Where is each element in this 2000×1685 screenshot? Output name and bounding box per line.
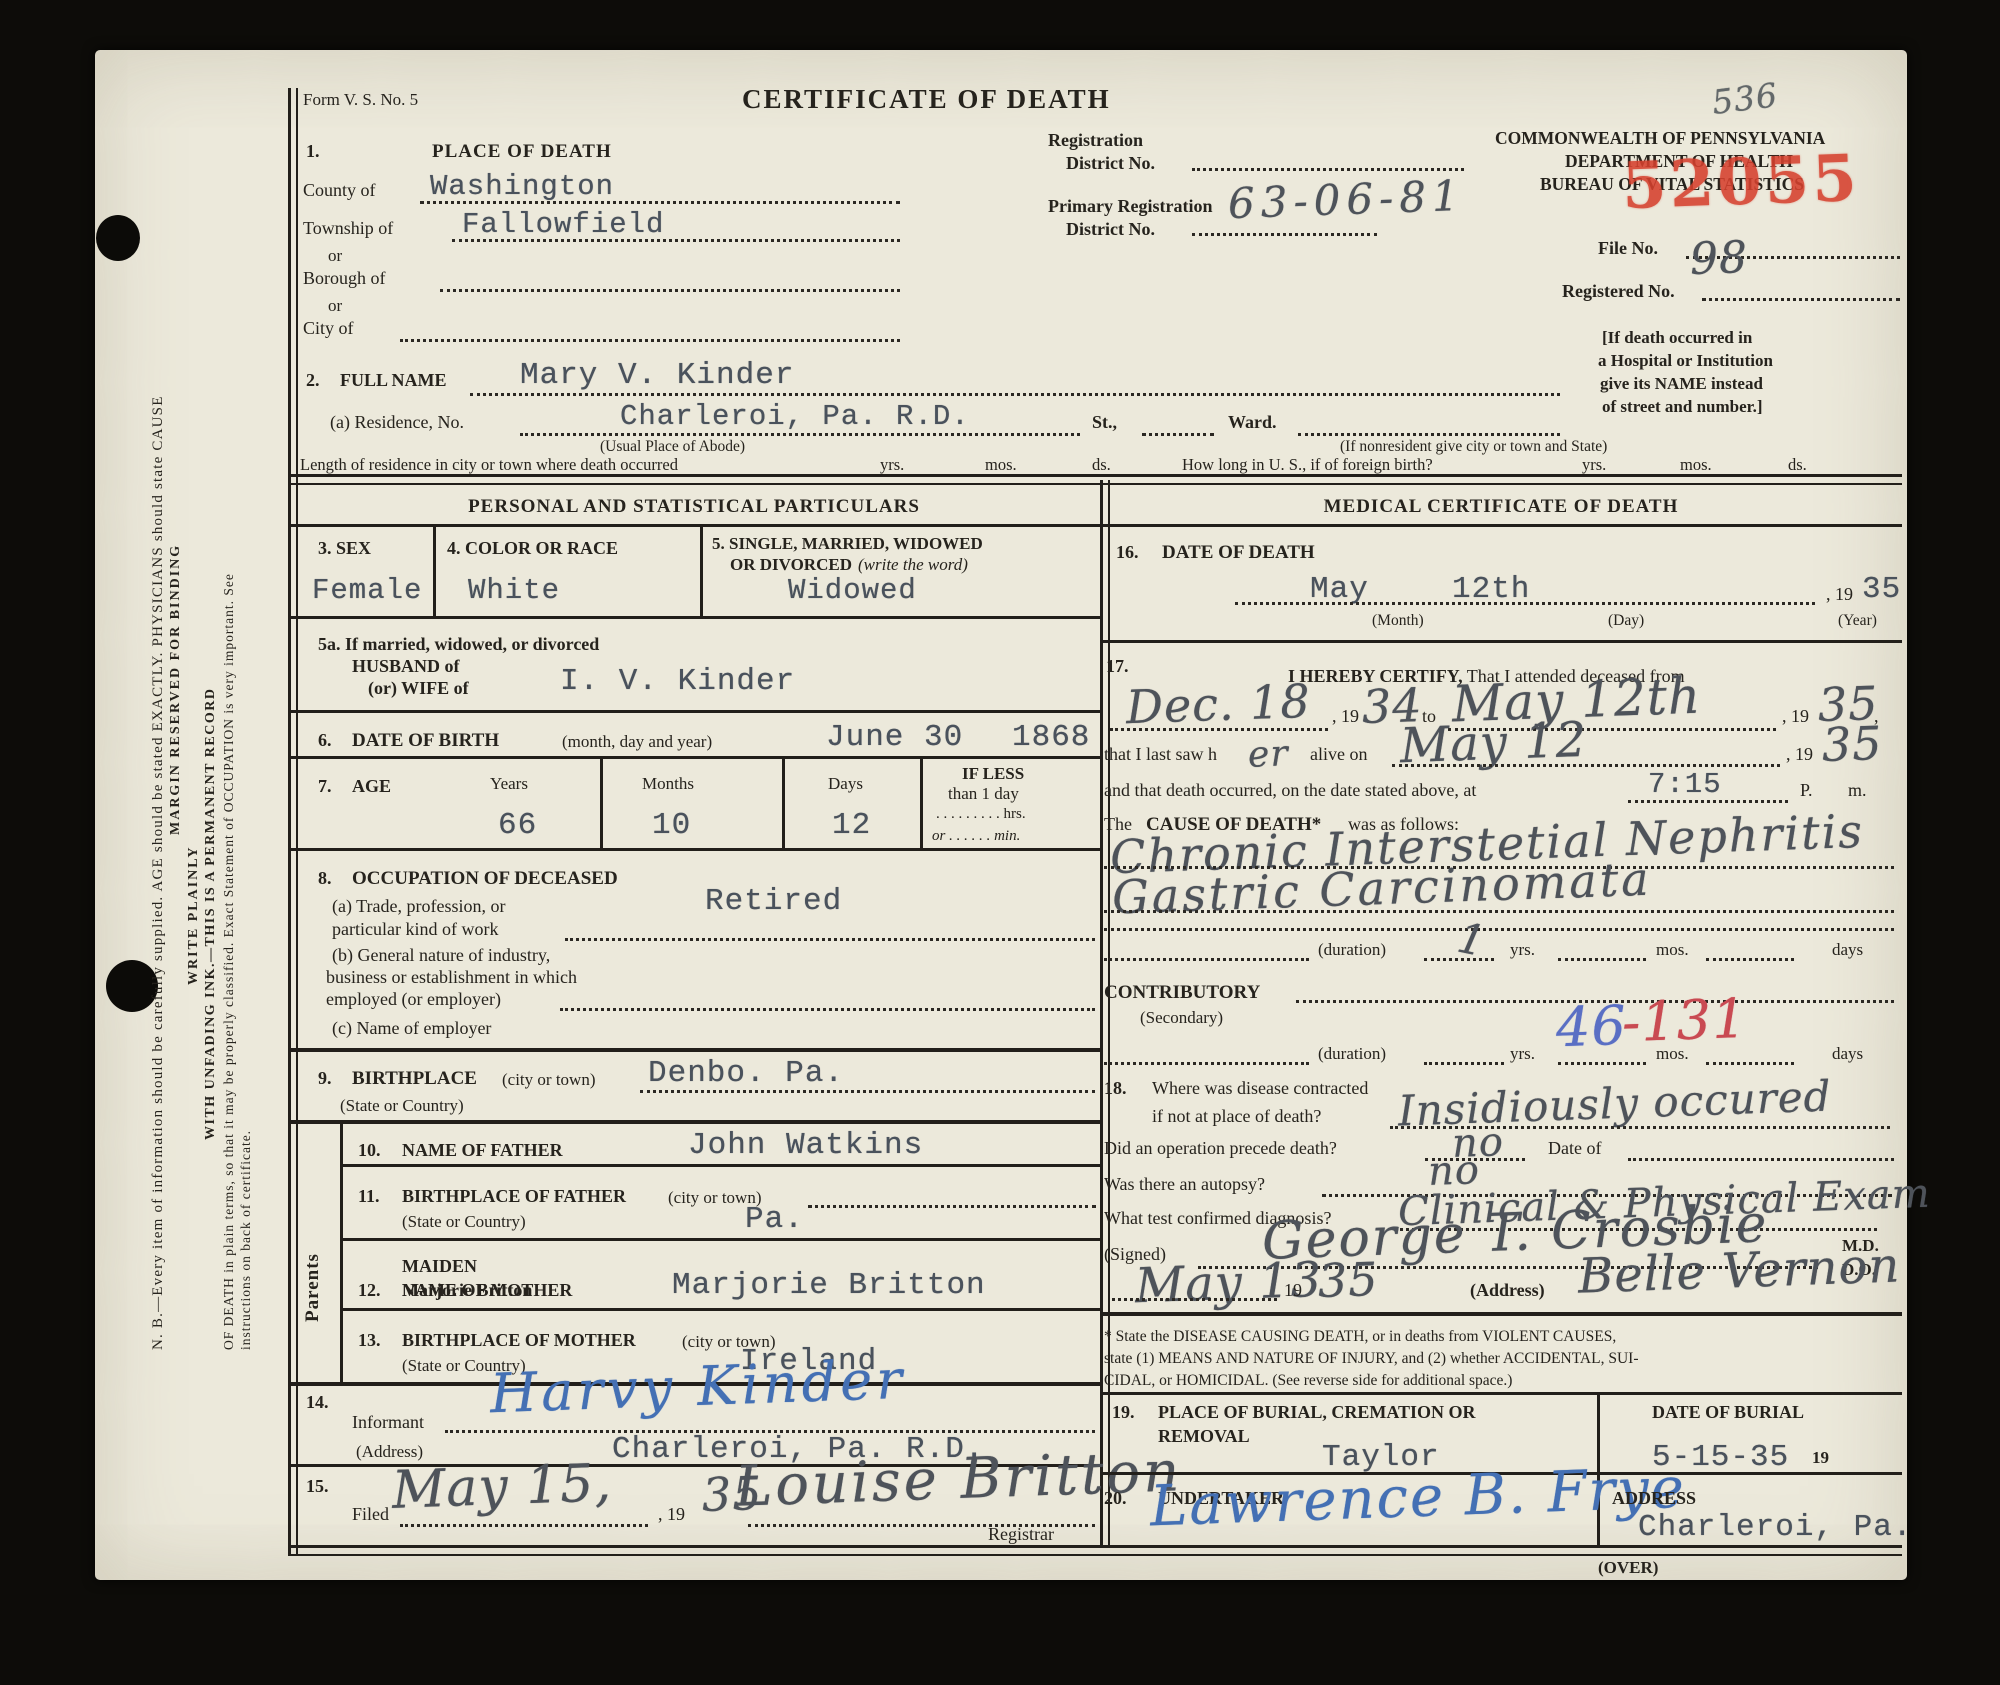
medical-section-title: MEDICAL CERTIFICATE OF DEATH — [1100, 496, 1902, 518]
m other-bp-label: BIRTHPLACE OF MOTHER — [402, 1330, 636, 1351]
dob-label: DATE OF BIRTH — [352, 730, 499, 752]
duration2-dots-d — [1706, 1062, 1794, 1065]
birthplace-number: 9. — [318, 1068, 332, 1089]
age-bottom-rule — [288, 848, 1100, 851]
form-left-border — [288, 88, 298, 1556]
dob-year-value: 1868 — [1012, 720, 1090, 756]
township-label: Township of — [303, 218, 393, 239]
dob-month-day-value: June 30 — [826, 720, 963, 756]
death-time-value: 7:15 — [1648, 768, 1722, 801]
mother-bottom-rule — [340, 1308, 1100, 1311]
occupation-value: Retired — [705, 884, 842, 920]
registrar-label: Registrar — [988, 1524, 1054, 1545]
file-no-label: File No. — [1598, 238, 1658, 259]
age-years-value: 66 — [498, 808, 537, 844]
marital-label-line1: 5. SINGLE, MARRIED, WIDOWED — [712, 534, 983, 554]
full-name-number: 2. — [306, 370, 320, 391]
dod-bottom-rule — [1100, 640, 1902, 643]
occupation-number: 8. — [318, 868, 332, 889]
occupation-b-line2: business or establishment in which — [326, 967, 577, 988]
cause-extra-dots — [1104, 928, 1894, 931]
years-months-divider — [600, 756, 603, 848]
dod-year-caption: (Year) — [1838, 612, 1877, 630]
lastsaw-year-script: 35 — [1821, 717, 1883, 772]
dod-label: DATE OF DEATH — [1162, 542, 1315, 564]
duration2-days-label: days — [1832, 1044, 1863, 1064]
duration1-dots-c — [1558, 958, 1646, 961]
occupation-label: OCCUPATION OF DECEASED — [352, 868, 618, 890]
pm-p-printed: P. — [1800, 780, 1813, 801]
age-label: AGE — [352, 776, 391, 797]
dod-month-caption: (Month) — [1372, 612, 1424, 630]
age-years-label: Years — [490, 774, 528, 794]
registration-label: Registration — [1048, 130, 1143, 151]
ward-dots — [1298, 433, 1560, 436]
residence-value: Charleroi, Pa. R.D. — [620, 400, 970, 433]
duration2-mos-label: mos. — [1656, 1044, 1689, 1064]
filed-date-script: May 15, — [391, 1454, 613, 1521]
primary-district-value: 63-06-81 — [1227, 172, 1465, 229]
burial-label-line2: REMOVAL — [1158, 1426, 1250, 1447]
hospital-note-line3: give its NAME instead — [1600, 374, 1763, 394]
lastsaw-suffix: alive on — [1310, 744, 1367, 765]
registered-no-dots — [1702, 298, 1900, 301]
footnote-line3: CIDAL, or HOMICIDAL. (See reverse side f… — [1104, 1372, 1512, 1390]
informant-label: Informant — [352, 1412, 424, 1433]
county-label: County of — [303, 180, 376, 201]
secondary-label: (Secondary) — [1140, 1008, 1223, 1028]
place-of-death-number: 1. — [306, 141, 320, 162]
dod-19-printed: , 19 — [1826, 584, 1853, 605]
cause-line2-dots — [1104, 910, 1894, 913]
hospital-note-line1: [If death occurred in — [1602, 328, 1752, 348]
certificate-title: CERTIFICATE OF DEATH — [742, 84, 1111, 115]
undertaker-number: 20. — [1104, 1488, 1127, 1509]
hospital-note-line2: a Hospital or Institution — [1598, 351, 1773, 371]
age-months-value: 10 — [652, 808, 691, 844]
sign-year-script: 35 — [1317, 1253, 1379, 1308]
burial-date-label: DATE OF BURIAL — [1652, 1402, 1804, 1423]
spouse-value: I. V. Kinder — [560, 664, 795, 700]
father-bp-sublabel2: (State or Country) — [402, 1212, 526, 1232]
residence-dots — [520, 433, 1080, 436]
primary-district-dots — [1192, 233, 1377, 236]
nonresident-note: (If nonresident give city or town and St… — [1340, 438, 1607, 456]
full-name-label: FULL NAME — [340, 370, 447, 391]
hospital-note-line4: of street and number.] — [1602, 397, 1763, 417]
spouse-bottom-rule — [288, 710, 1100, 713]
lastsaw-dots — [1392, 764, 1780, 767]
informant-address-label: (Address) — [356, 1442, 423, 1462]
race-label: 4. COLOR OR RACE — [447, 538, 618, 559]
lastsaw-19-printed: , 19 — [1786, 744, 1813, 765]
city-dots — [400, 339, 900, 342]
death-time-dots — [1628, 800, 1788, 803]
sex-box-bottom-rule — [288, 616, 1100, 619]
over-label: (OVER) — [1598, 1558, 1658, 1578]
margin-note-of-death: OF DEATH in plain terms, so that it may … — [221, 573, 237, 1350]
pencil-number: 536 — [1710, 76, 1780, 122]
contributory-label: CONTRIBUTORY — [1104, 982, 1260, 1004]
dod-number: 16. — [1116, 542, 1139, 563]
ifless-box-divider — [920, 756, 923, 848]
township-value: Fallowfield — [462, 208, 664, 241]
father-label: NAME OF FATHER — [402, 1140, 563, 1161]
spouse-label-line3: (or) WIFE of — [368, 678, 469, 699]
dob-number: 6. — [318, 730, 332, 751]
length-residence-label: Length of residence in city or town wher… — [300, 456, 678, 475]
margin-note-instructions: instructions on back of certificate. — [238, 1130, 254, 1350]
father-number: 10. — [358, 1140, 381, 1161]
age-number: 7. — [318, 776, 332, 797]
occupation-a-line1: (a) Trade, profession, or — [332, 896, 505, 917]
howlong-yrs-label: yrs. — [1582, 456, 1606, 475]
age-months-label: Months — [642, 774, 694, 794]
ifless-line2: than 1 day — [948, 784, 1019, 804]
occupation-b-dots — [560, 1008, 1095, 1011]
county-dots — [420, 201, 900, 204]
duration2-dots-b — [1424, 1062, 1504, 1065]
months-days-divider — [782, 756, 785, 848]
birthplace-label: BIRTHPLACE — [352, 1068, 477, 1090]
autopsy-question: Was there an autopsy? — [1104, 1174, 1265, 1195]
sex-label: 3. SEX — [318, 538, 371, 559]
parents-side-label: Parents — [302, 1253, 324, 1322]
burial-box-top-rule — [1100, 1392, 1902, 1395]
residence-label: (a) Residence, No. — [330, 412, 464, 433]
q17-number: 17. — [1106, 656, 1129, 677]
registration-district-dots — [1192, 168, 1464, 171]
length-mos-label: mos. — [985, 456, 1017, 475]
filed-dots-left — [400, 1524, 648, 1527]
duration2-dots-c — [1558, 1062, 1646, 1065]
or-label-1: or — [328, 246, 342, 266]
attended-from-date-script: Dec. 18 — [1125, 675, 1311, 734]
filed-number: 15. — [306, 1476, 329, 1497]
contributory-code-blue: 46 — [1555, 995, 1628, 1060]
age-days-label: Days — [828, 774, 863, 794]
mother-value: Marjorie Britton — [672, 1268, 986, 1304]
bottom-border — [288, 1545, 1902, 1556]
form-number-label: Form V. S. No. 5 — [303, 90, 418, 110]
dob-sublabel: (month, day and year) — [562, 732, 712, 752]
race-value: White — [468, 574, 560, 607]
occupation-a-dots — [565, 938, 1095, 941]
undertaker-address-value: Charleroi, Pa. — [1638, 1510, 1912, 1546]
footnote-line1: * State the DISEASE CAUSING DEATH, or in… — [1104, 1328, 1616, 1346]
lastsaw-her-script: er — [1247, 733, 1289, 776]
duration1-yrs-label: yrs. — [1510, 940, 1535, 960]
marital-label-line3: (write the word) — [858, 555, 968, 575]
sex-box-top-rule — [288, 524, 1100, 527]
burial-number: 19. — [1112, 1402, 1135, 1423]
registration-district-label: District No. — [1066, 153, 1155, 174]
duration1-dots-a — [1104, 958, 1309, 961]
sex-race-divider — [433, 524, 436, 616]
father-value: John Watkins — [688, 1128, 923, 1164]
to-19-printed: , 19 — [1782, 706, 1809, 727]
mother-number: 12. — [358, 1280, 381, 1301]
street-label: St., — [1092, 412, 1117, 433]
howlong-ds-label: ds. — [1788, 456, 1807, 475]
father-bp-label: BIRTHPLACE OF FATHER — [402, 1186, 626, 1207]
operation-dateof-dots — [1628, 1158, 1894, 1161]
death-certificate-scan: N. B.—Every item of information should b… — [0, 0, 2000, 1685]
margin-note-nb: N. B.—Every item of information should b… — [150, 395, 167, 1350]
q18-number: 18. — [1104, 1078, 1127, 1099]
birthplace-sublabel1: (city or town) — [502, 1070, 595, 1090]
registered-no-value: 98 — [1689, 233, 1749, 286]
race-marital-divider — [700, 524, 703, 616]
primary-registration-label: Primary Registration — [1048, 196, 1212, 217]
dob-bottom-rule — [288, 756, 1100, 759]
city-label: City of — [303, 318, 354, 339]
birthplace-dots — [640, 1090, 1095, 1093]
dod-dots — [1235, 602, 1815, 605]
father-bp-value: Pa. — [745, 1202, 804, 1238]
ifless-hrs-line: . . . . . . . . . hrs. — [936, 806, 1026, 823]
sign-date-dots — [1112, 1298, 1277, 1301]
file-number-stamp: 52055 — [1621, 142, 1861, 224]
burial-label-line1: PLACE OF BURIAL, CREMATION OR — [1158, 1402, 1476, 1423]
birthplace-bottom-rule — [288, 1120, 1100, 1124]
undertaker-address-label: ADDRESS — [1612, 1488, 1696, 1509]
physician-bottom-rule — [1100, 1312, 1902, 1316]
howlong-mos-label: mos. — [1680, 456, 1712, 475]
borough-dots — [440, 289, 900, 292]
punch-hole-top — [96, 215, 140, 261]
operation-dateof-label: Date of — [1548, 1138, 1601, 1159]
burial-date-19-printed: 19 — [1812, 1448, 1829, 1468]
marital-label-line2: OR DIVORCED — [730, 555, 852, 575]
occupation-a-line2: particular kind of work — [332, 919, 498, 940]
parents-box-inner-border — [340, 1120, 343, 1382]
medical-top-rule — [1100, 524, 1902, 527]
q18-line2: if not at place of death? — [1152, 1106, 1321, 1127]
margin-note-unfading-ink: WITH UNFADING INK.—THIS IS A PERMANENT R… — [203, 688, 219, 1140]
father-bp-dots — [808, 1205, 1096, 1208]
attended-from-dots — [1110, 728, 1328, 731]
county-value: Washington — [430, 170, 614, 203]
footnote-line2: state (1) MEANS AND NATURE OF INJURY, an… — [1104, 1350, 1638, 1368]
length-ds-label: ds. — [1092, 456, 1111, 475]
full-name-value: Mary V. Kinder — [520, 358, 794, 394]
registered-no-label: Registered No. — [1562, 281, 1675, 302]
or-label-2: or — [328, 296, 342, 316]
spouse-label-line1: 5a. If married, widowed, or divorced — [318, 634, 599, 655]
father-bottom-rule — [340, 1164, 1100, 1167]
dod-day-caption: (Day) — [1608, 612, 1644, 630]
sign-19-printed: 19 — [1284, 1280, 1302, 1301]
howlong-us-label: How long in U. S., if of foreign birth? — [1182, 456, 1433, 475]
maiden-label: MAIDEN — [402, 1256, 477, 1277]
death-occurred-label: and that death occurred, on the date sta… — [1104, 780, 1476, 801]
header-divider-rule — [288, 474, 1902, 485]
ifless-line1: IF LESS — [962, 764, 1024, 784]
ifless-min-line: or . . . . . . min. — [932, 828, 1020, 845]
from-19-printed: , 19 — [1332, 706, 1359, 727]
duration1-dots-d — [1706, 958, 1794, 961]
q18-line1: Where was disease contracted — [1152, 1078, 1368, 1099]
place-of-death-title: PLACE OF DEATH — [432, 141, 612, 163]
occupation-bottom-rule — [288, 1048, 1100, 1052]
primary-district-label: District No. — [1066, 219, 1155, 240]
duration2-dots-a — [1104, 1062, 1309, 1065]
sex-value: Female — [312, 574, 422, 607]
full-name-dots — [470, 393, 1560, 396]
street-dots — [1142, 433, 1214, 436]
birthplace-value: Denbo. Pa. — [648, 1056, 844, 1092]
pm-m-printed: m. — [1848, 780, 1867, 801]
physician-address-label: (Address) — [1470, 1280, 1545, 1301]
township-dots — [452, 239, 900, 242]
age-days-value: 12 — [832, 808, 871, 844]
duration2-yrs-label: yrs. — [1510, 1044, 1535, 1064]
physician-address-script: Belle Vernon — [1577, 1238, 1901, 1304]
occupation-b-line3: employed (or employer) — [326, 989, 501, 1010]
operation-question: Did an operation precede death? — [1104, 1138, 1337, 1159]
abode-note: (Usual Place of Abode) — [600, 438, 745, 456]
margin-note-binding: MARGIN RESERVED FOR BINDING — [168, 544, 184, 835]
personal-section-title: PERSONAL AND STATISTICAL PARTICULARS — [288, 496, 1100, 518]
duration1-label: (duration) — [1318, 940, 1386, 960]
borough-label: Borough of — [303, 268, 386, 289]
ward-label: Ward. — [1228, 412, 1277, 433]
lastsaw-prefix: that I last saw h — [1104, 744, 1217, 765]
occupation-b-line1: (b) General nature of industry, — [332, 945, 550, 966]
informant-number: 14. — [306, 1392, 329, 1413]
length-yrs-label: yrs. — [880, 456, 904, 475]
marital-value: Widowed — [788, 574, 917, 607]
mother-name-label: NAME OF MOTHER — [402, 1280, 572, 1301]
filed-label: Filed — [352, 1504, 389, 1525]
duration1-mos-label: mos. — [1656, 940, 1689, 960]
dod-year-value: 35 — [1862, 572, 1901, 608]
margin-note-write-plainly: WRITE PLAINLY — [186, 846, 202, 985]
father-bp-number: 11. — [358, 1186, 380, 1207]
occupation-c-label: (c) Name of employer — [332, 1018, 491, 1039]
duration2-label: (duration) — [1318, 1044, 1386, 1064]
mother-bp-number: 13. — [358, 1330, 381, 1351]
filed-19-printed: , 19 — [658, 1504, 685, 1525]
spouse-label-line2: HUSBAND of — [352, 656, 460, 677]
birthplace-sublabel2: (State or Country) — [340, 1096, 464, 1116]
father-bp-bottom-rule — [340, 1238, 1100, 1241]
duration1-days-label: days — [1832, 940, 1863, 960]
